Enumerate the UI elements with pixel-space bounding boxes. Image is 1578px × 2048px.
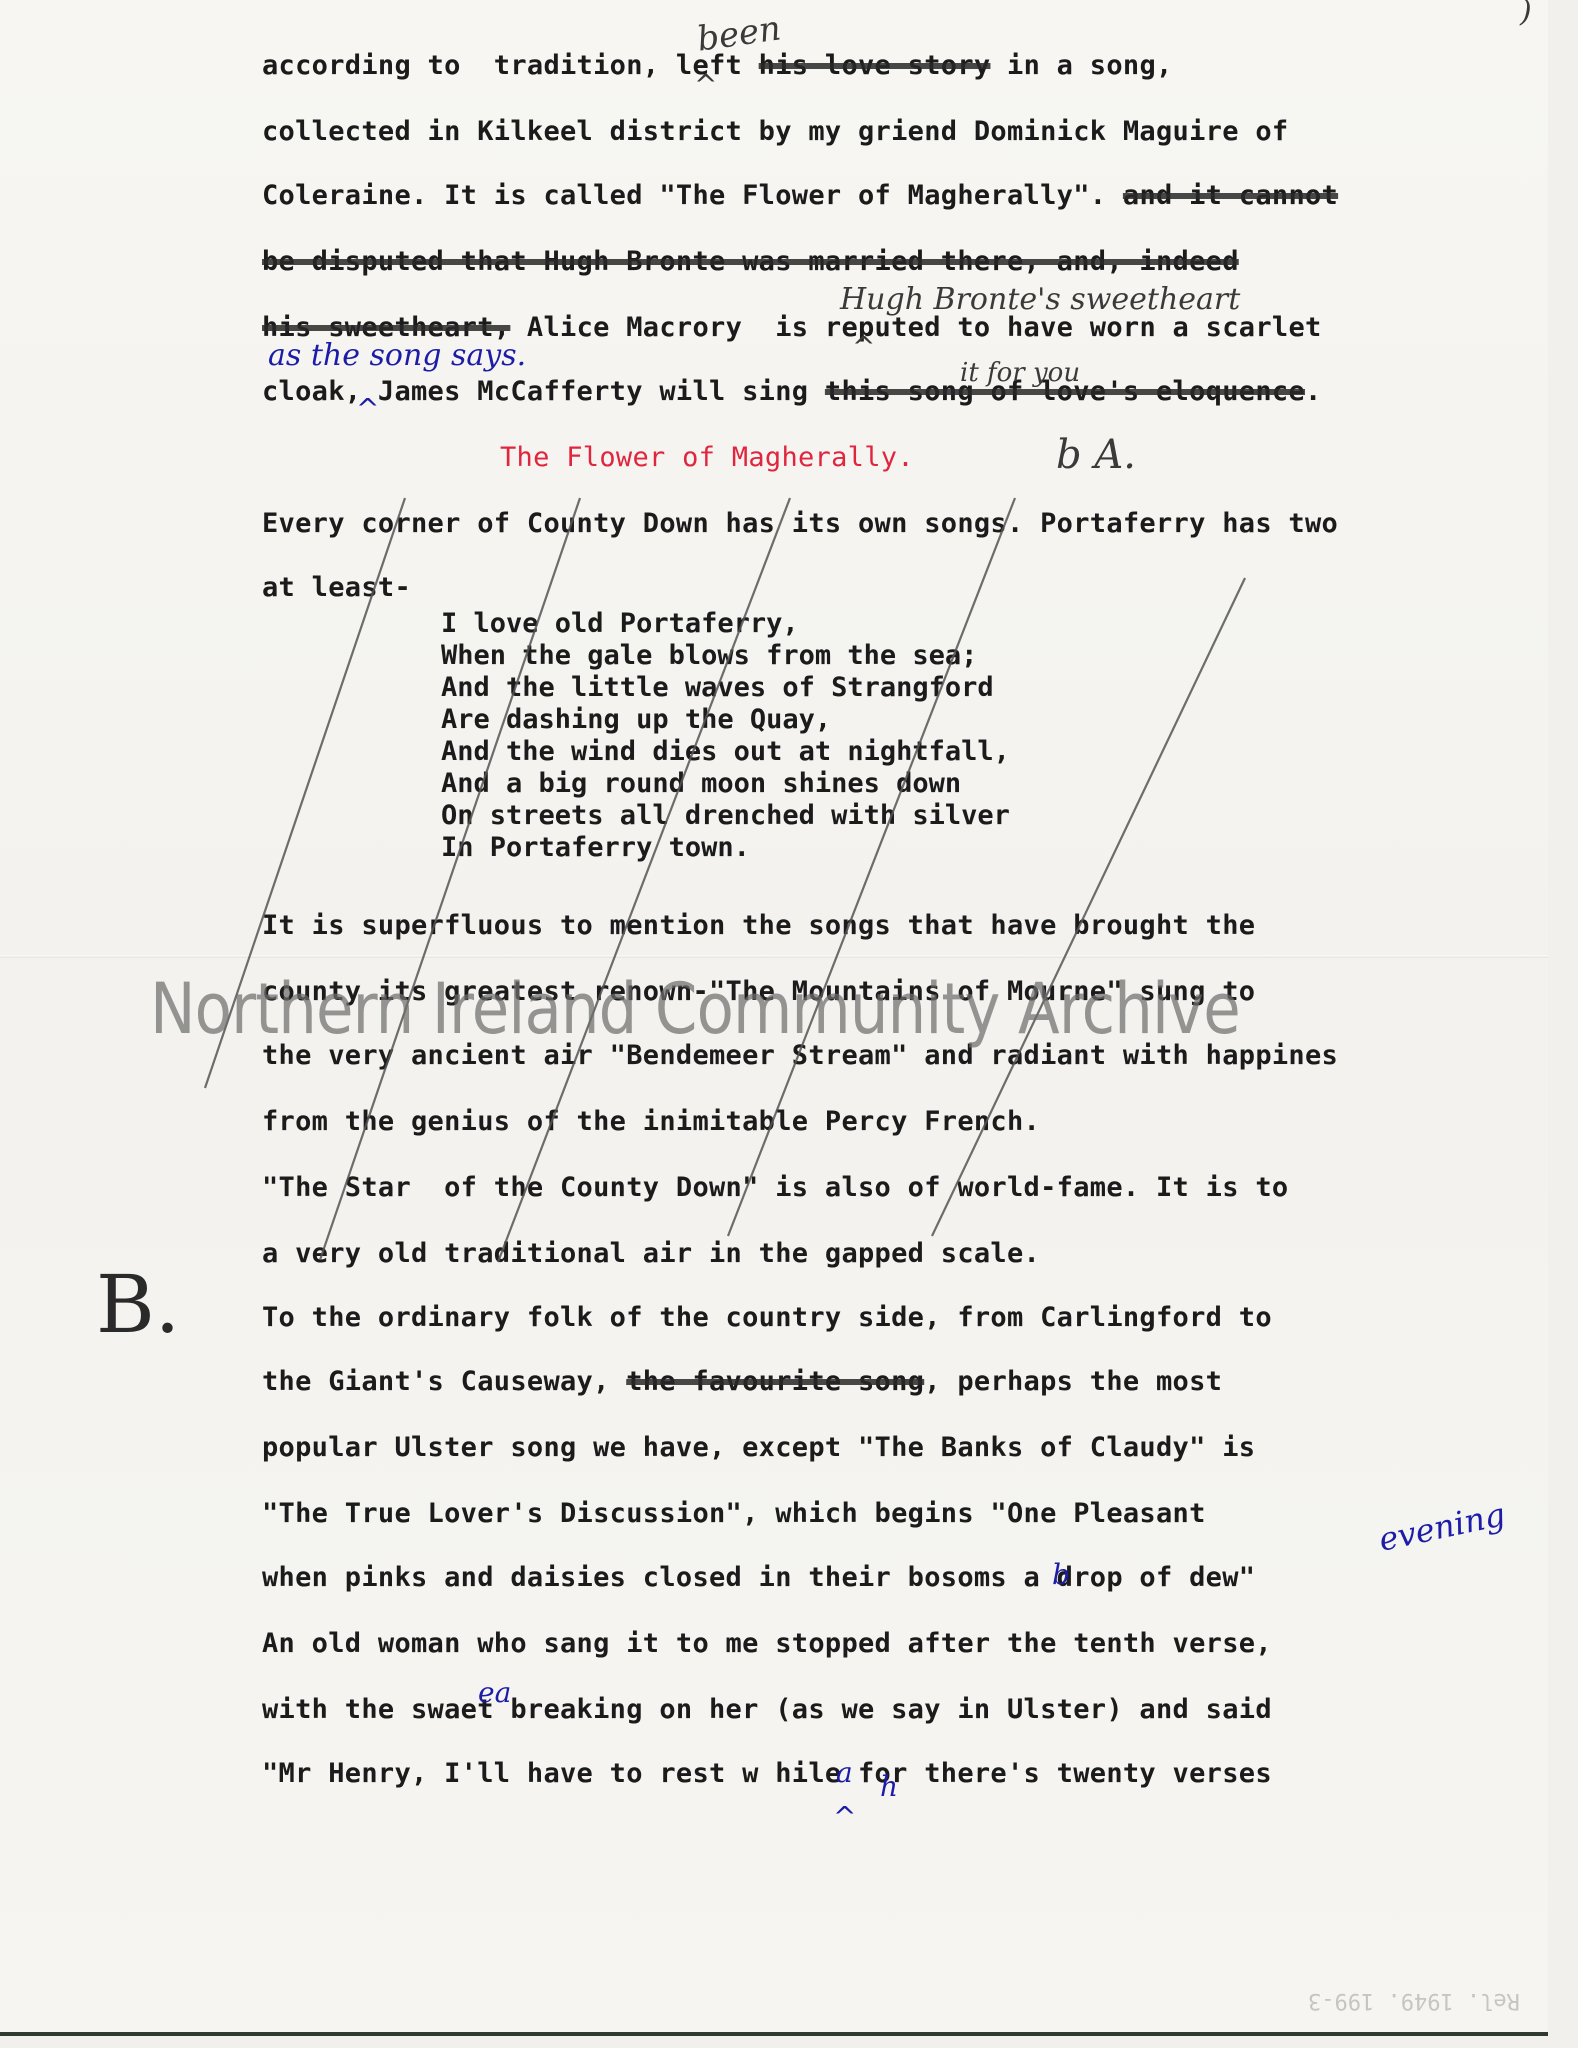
songs-line: from the genius of the inimitable Percy …	[262, 1106, 1040, 1137]
verse-line: And a big round moon shines down	[441, 768, 961, 799]
folk-line: "Mr Henry, I'll have to rest w hile for …	[262, 1758, 1272, 1789]
text-segment: Coleraine. It is called "The Flower of M…	[262, 180, 1123, 211]
verse-line: When the gale blows from the sea;	[441, 640, 977, 671]
text-segment: according to tradition, left	[262, 50, 759, 81]
verse-line: In Portaferry town.	[441, 832, 750, 863]
songs-line: "The Star of the County Down" is also of…	[262, 1172, 1288, 1203]
verse-line: I love old Portaferry,	[441, 608, 799, 639]
insert-caret-icon: ^	[852, 330, 875, 363]
blue-correction-ea: ea	[478, 1676, 511, 1709]
archive-watermark: Northern Ireland Community Archive	[150, 968, 1240, 1050]
struck-text: the favourite song	[626, 1366, 924, 1397]
verse-line: On streets all drenched with silver	[441, 800, 1010, 831]
folk-line: when pinks and daisies closed in their b…	[262, 1562, 1255, 1593]
blue-correction-b: b	[1052, 1558, 1070, 1591]
intro-line: collected in Kilkeel district by my grie…	[262, 116, 1288, 147]
verse-line: And the wind dies out at nightfall,	[441, 736, 1010, 767]
intro-line: be disputed that Hugh Bronte was married…	[262, 246, 1239, 277]
folk-line: popular Ulster song we have, except "The…	[262, 1432, 1255, 1463]
text-segment: cloak, James McCafferty will sing	[262, 376, 825, 407]
struck-text: be disputed that Hugh Bronte was married…	[262, 246, 1239, 277]
reference-stamp: Rel. 1949. 199-3	[1308, 1988, 1520, 2013]
verse-line: And the little waves of Strangford	[441, 672, 994, 703]
struck-text: his love story	[759, 50, 991, 81]
text-segment: when pinks and daisies closed in their b…	[262, 1562, 1255, 1593]
paper-bottom-edge	[0, 2032, 1548, 2036]
intro-line: Coleraine. It is called "The Flower of M…	[262, 180, 1338, 211]
text-segment: with the swaet breaking on her (as we sa…	[262, 1694, 1272, 1725]
text-segment: collected in Kilkeel district by my grie…	[262, 116, 1288, 147]
struck-text: and it cannot	[1123, 180, 1338, 211]
pencil-insert-hugh-brontes-sweetheart: Hugh Bronte's sweetheart	[840, 282, 1240, 317]
pencil-insert-it-for-you: it for you	[960, 358, 1080, 388]
pencil-page-mark: )	[1520, 0, 1532, 29]
text-segment: , perhaps the most	[924, 1366, 1222, 1397]
blue-insert-a: a	[836, 1756, 853, 1789]
folk-line: An old woman who sang it to me stopped a…	[262, 1628, 1272, 1659]
verse-line: Are dashing up the Quay,	[441, 704, 831, 735]
paragraph-portaferry-line-1: Every corner of County Down has its own …	[262, 508, 1338, 539]
songs-line: a very old traditional air in the gapped…	[262, 1238, 1040, 1269]
pencil-section-mark-b: B.	[96, 1258, 180, 1351]
text-segment: To the ordinary folk of the country side…	[262, 1302, 1272, 1333]
folk-line: with the swaet breaking on her (as we sa…	[262, 1694, 1272, 1725]
insert-caret-icon: ^	[694, 68, 717, 101]
songs-line: It is superfluous to mention the songs t…	[262, 910, 1255, 941]
song-title: The Flower of Magherally.	[500, 442, 914, 473]
blue-correction-h: h	[880, 1770, 898, 1803]
text-segment: the Giant's Causeway,	[262, 1366, 626, 1397]
insert-caret-icon: ^	[356, 392, 379, 425]
text-segment: .	[1305, 376, 1322, 407]
text-segment: in a song,	[990, 50, 1172, 81]
text-segment: popular Ulster song we have, except "The…	[262, 1432, 1255, 1463]
paper-fold-crease	[0, 955, 1548, 958]
paragraph-portaferry-line-2: at least-	[262, 572, 411, 603]
pencil-section-mark-a: b A.	[1056, 432, 1136, 478]
blue-insert-as-the-song-says: as the song says.	[268, 338, 526, 373]
folk-line: "The True Lover's Discussion", which beg…	[262, 1498, 1206, 1529]
text-segment: "Mr Henry, I'll have to rest w hile for …	[262, 1758, 1272, 1789]
text-segment: An old woman who sang it to me stopped a…	[262, 1628, 1272, 1659]
folk-line: To the ordinary folk of the country side…	[262, 1302, 1272, 1333]
insert-caret-icon: ^	[833, 1800, 856, 1833]
folk-line: the Giant's Causeway, the favourite song…	[262, 1366, 1222, 1397]
intro-line: cloak, James McCafferty will sing this s…	[262, 376, 1322, 407]
text-segment: "The True Lover's Discussion", which beg…	[262, 1498, 1206, 1529]
